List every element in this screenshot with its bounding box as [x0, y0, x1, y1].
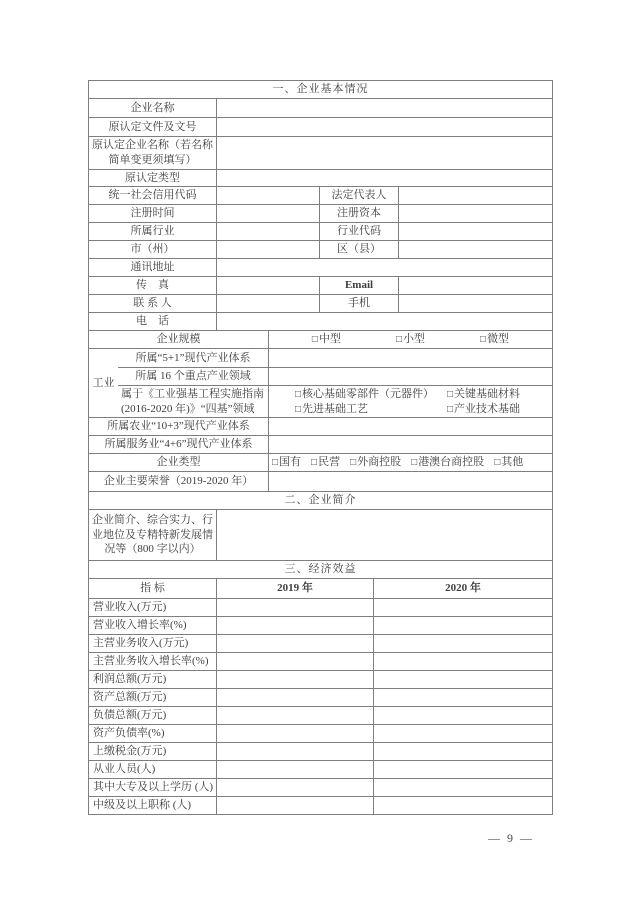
- scale-options: □中型 □小型 □微型: [268, 331, 552, 348]
- checkbox-icon: □: [494, 456, 500, 470]
- indicator-2020-cell[interactable]: [373, 689, 552, 706]
- city-district-row: 市（州） 区（县）: [89, 240, 552, 258]
- credit-code-input[interactable]: [216, 187, 319, 204]
- indicator-2020-cell[interactable]: [373, 761, 552, 778]
- 4basics-label: 属于《工业强基工程实施指南 (2016-2020 年)》“四基”领域: [118, 386, 268, 418]
- contact-input[interactable]: [216, 295, 319, 312]
- sub-row-4basics: 属于《工业强基工程实施指南 (2016-2020 年)》“四基”领域 □核心基础…: [118, 385, 552, 418]
- checkbox-label: 外商控股: [357, 455, 401, 470]
- indicator-row: 上缴税金(万元): [89, 742, 552, 760]
- checkbox-option-other[interactable]: □其他: [494, 455, 523, 470]
- scale-label: 企业规模: [89, 331, 268, 348]
- industry-input[interactable]: [216, 223, 319, 240]
- indicator-2020-cell[interactable]: [373, 617, 552, 634]
- checkbox-icon: □: [350, 456, 356, 470]
- indicator-row: 中级及以上职称 (人): [89, 796, 552, 814]
- checkbox-option-core-components[interactable]: □核心基础零部件（元器件）: [295, 387, 447, 402]
- checkbox-label: 产业技术基础: [454, 402, 520, 417]
- indicator-label: 资产负债率(%): [89, 725, 216, 742]
- service-row: 所属服务业“4+6”现代产业体系: [89, 435, 552, 453]
- industry-block-row: 工业 所属“5+1”现代产业体系 所属 16 个重点产业领域 属于《工业强基工程…: [89, 348, 552, 417]
- sub-row-16key: 所属 16 个重点产业领域: [118, 367, 552, 385]
- original-doc-row: 原认定文件及文号: [89, 117, 552, 136]
- 5plus1-input[interactable]: [268, 349, 552, 367]
- checkbox-icon: □: [295, 403, 301, 417]
- enterprise-type-options: □国有 □民营 □外商控股 □港澳台商控股 □其他: [268, 454, 552, 471]
- phone-input[interactable]: [216, 313, 552, 330]
- original-type-label: 原认定类型: [89, 170, 216, 186]
- checkbox-icon: □: [311, 456, 317, 470]
- credit-code-label: 统一社会信用代码: [89, 187, 216, 204]
- indicator-row: 主营业务收入(万元): [89, 634, 552, 652]
- sub-row-5plus1: 所属“5+1”现代产业体系: [118, 349, 552, 367]
- legal-rep-label: 法定代表人: [319, 187, 398, 204]
- page-number: — 9 —: [488, 831, 534, 846]
- address-label: 通讯地址: [89, 259, 216, 276]
- checkbox-option-foreign-holding[interactable]: □外商控股: [350, 455, 401, 470]
- section1-title: 一、企业基本情况: [89, 81, 552, 98]
- mobile-label: 手机: [319, 295, 398, 312]
- checkbox-label: 先进基础工艺: [302, 402, 368, 417]
- indicator-label: 从业人员(人): [89, 761, 216, 778]
- address-row: 通讯地址: [89, 258, 552, 276]
- reg-capital-label: 注册资本: [319, 205, 398, 222]
- original-doc-label: 原认定文件及文号: [89, 118, 216, 136]
- phone-row: 电 话: [89, 312, 552, 330]
- indicator-2019-cell[interactable]: [216, 761, 373, 778]
- email-label: Email: [319, 277, 398, 294]
- indicator-row: 营业收入(万元): [89, 598, 552, 616]
- indicator-2020-cell[interactable]: [373, 779, 552, 796]
- indicator-row: 其中大专及以上学历 (人): [89, 778, 552, 796]
- reg-capital-input[interactable]: [398, 205, 552, 222]
- service-input[interactable]: [268, 436, 552, 453]
- indicator-2019-cell[interactable]: [216, 725, 373, 742]
- phone-label: 电 话: [89, 313, 216, 330]
- checkbox-label: 其他: [501, 455, 523, 470]
- year-2019-header: 2019 年: [216, 579, 373, 598]
- indicator-2019-cell[interactable]: [216, 689, 373, 706]
- enterprise-type-label: 企业类型: [89, 454, 268, 471]
- 5plus1-label: 所属“5+1”现代产业体系: [118, 349, 268, 367]
- contact-label: 联 系 人: [89, 295, 216, 312]
- year-2020-header: 2020 年: [373, 579, 552, 598]
- enterprise-form-table: 一、企业基本情况 企业名称 原认定文件及文号 原认定企业名称（若名称简单变更须填…: [88, 80, 553, 815]
- reg-time-label: 注册时间: [89, 205, 216, 222]
- checkbox-label: 小型: [403, 332, 425, 347]
- indicator-2019-cell[interactable]: [216, 797, 373, 814]
- service-label: 所属服务业“4+6”现代产业体系: [89, 436, 268, 453]
- indicator-2019-cell[interactable]: [216, 743, 373, 760]
- legal-rep-input[interactable]: [398, 187, 552, 204]
- agriculture-input[interactable]: [268, 418, 552, 435]
- indicator-2020-cell[interactable]: [373, 671, 552, 688]
- checkbox-option-micro[interactable]: □微型: [480, 332, 509, 347]
- contact-mobile-row: 联 系 人 手机: [89, 294, 552, 312]
- checkbox-option-private[interactable]: □民营: [311, 455, 340, 470]
- 4basics-label-line1: 属于《工业强基工程实施指南: [121, 387, 264, 402]
- indicator-2019-cell[interactable]: [216, 707, 373, 724]
- indicator-header: 指 标: [89, 579, 216, 598]
- indicator-row: 资产总额(万元): [89, 688, 552, 706]
- checkbox-option-key-materials[interactable]: □关键基础材料: [447, 387, 520, 402]
- indicator-2020-cell[interactable]: [373, 797, 552, 814]
- city-label: 市（州）: [89, 241, 216, 258]
- profile-label: 企业简介、综合实力、行业地位及专精特新发展情况等（800 字以内）: [89, 510, 216, 560]
- honors-row: 企业主要荣誉（2019-2020 年）: [89, 471, 552, 491]
- section2-title-row: 二、企业简介: [89, 491, 552, 509]
- indicator-2019-cell[interactable]: [216, 653, 373, 670]
- checkbox-icon: □: [396, 333, 402, 347]
- indicator-2019-cell[interactable]: [216, 779, 373, 796]
- indicator-label: 主营业务收入增长率(%): [89, 653, 216, 670]
- honors-input[interactable]: [268, 472, 552, 491]
- indicator-2020-cell[interactable]: [373, 635, 552, 652]
- indicator-row: 从业人员(人): [89, 760, 552, 778]
- 4basics-label-line2: (2016-2020 年)》“四基”领域: [121, 402, 255, 417]
- indicator-label: 营业收入增长率(%): [89, 617, 216, 634]
- indicator-2020-cell[interactable]: [373, 599, 552, 616]
- industry-label: 所属行业: [89, 223, 216, 240]
- checkbox-option-medium[interactable]: □中型: [312, 332, 341, 347]
- indicator-label: 主营业务收入(万元): [89, 635, 216, 652]
- checkbox-label: 微型: [487, 332, 509, 347]
- checkbox-icon: □: [411, 456, 417, 470]
- indicator-row: 营业收入增长率(%): [89, 616, 552, 634]
- indicator-2019-cell[interactable]: [216, 599, 373, 616]
- indicator-2019-cell[interactable]: [216, 635, 373, 652]
- district-input[interactable]: [398, 241, 552, 258]
- original-doc-input[interactable]: [216, 118, 552, 136]
- indicator-2020-cell[interactable]: [373, 653, 552, 670]
- checkbox-icon: □: [480, 333, 486, 347]
- section3-title-row: 三、经济效益: [89, 560, 552, 578]
- section3-title: 三、经济效益: [89, 561, 552, 578]
- enterprise-type-row: 企业类型 □国有 □民营 □外商控股 □港澳台商控股 □其他: [89, 453, 552, 471]
- indicator-label: 利润总额(万元): [89, 671, 216, 688]
- original-name-label: 原认定企业名称（若名称简单变更须填写）: [89, 137, 216, 169]
- checkbox-icon: □: [447, 403, 453, 417]
- indicator-label: 中级及以上职称 (人): [89, 797, 216, 814]
- registration-row: 注册时间 注册资本: [89, 204, 552, 222]
- enterprise-name-label: 企业名称: [89, 99, 216, 117]
- economics-header-row: 指 标 2019 年 2020 年: [89, 578, 552, 598]
- agriculture-row: 所属农业“10+3”现代产业体系: [89, 417, 552, 435]
- checkbox-label: 关键基础材料: [454, 387, 520, 402]
- fax-email-row: 传 真 Email: [89, 276, 552, 294]
- indicator-label: 资产总额(万元): [89, 689, 216, 706]
- indicator-label: 其中大专及以上学历 (人): [89, 779, 216, 796]
- indicator-row: 利润总额(万元): [89, 670, 552, 688]
- agriculture-label: 所属农业“10+3”现代产业体系: [89, 418, 268, 435]
- checkbox-icon: □: [447, 388, 453, 402]
- section1-title-row: 一、企业基本情况: [89, 81, 552, 98]
- credit-code-row: 统一社会信用代码 法定代表人: [89, 186, 552, 204]
- indicator-2020-cell[interactable]: [373, 725, 552, 742]
- indicator-row: 资产负债率(%): [89, 724, 552, 742]
- checkbox-option-hmt-holding[interactable]: □港澳台商控股: [411, 455, 484, 470]
- enterprise-name-row: 企业名称: [89, 98, 552, 117]
- indicator-2019-cell[interactable]: [216, 617, 373, 634]
- profile-input[interactable]: [216, 510, 552, 560]
- profile-row: 企业简介、综合实力、行业地位及专精特新发展情况等（800 字以内）: [89, 509, 552, 560]
- checkbox-label: 民营: [318, 455, 340, 470]
- mobile-input[interactable]: [398, 295, 552, 312]
- industry-code-input[interactable]: [398, 223, 552, 240]
- indicator-row: 负债总额(万元): [89, 706, 552, 724]
- reg-time-input[interactable]: [216, 205, 319, 222]
- section2-title: 二、企业简介: [89, 492, 552, 509]
- district-label: 区（县）: [319, 241, 398, 258]
- checkbox-icon: □: [272, 456, 278, 470]
- checkbox-label: 港澳台商控股: [418, 455, 484, 470]
- checkbox-label: 国有: [279, 455, 301, 470]
- original-name-row: 原认定企业名称（若名称简单变更须填写）: [89, 136, 552, 169]
- 16key-input[interactable]: [268, 368, 552, 385]
- checkbox-option-state-owned[interactable]: □国有: [272, 455, 301, 470]
- original-type-row: 原认定类型: [89, 169, 552, 186]
- industry-group-label: 工业: [89, 349, 118, 417]
- indicator-label: 上缴税金(万元): [89, 743, 216, 760]
- 16key-label: 所属 16 个重点产业领域: [118, 368, 268, 385]
- scale-row: 企业规模 □中型 □小型 □微型: [89, 330, 552, 348]
- checkbox-label: 核心基础零部件（元器件）: [302, 387, 434, 402]
- industry-sub-rows: 所属“5+1”现代产业体系 所属 16 个重点产业领域 属于《工业强基工程实施指…: [118, 349, 552, 417]
- original-name-input[interactable]: [216, 137, 552, 169]
- honors-label: 企业主要荣誉（2019-2020 年）: [89, 472, 268, 491]
- indicator-2019-cell[interactable]: [216, 671, 373, 688]
- checkbox-label: 中型: [319, 332, 341, 347]
- checkbox-icon: □: [312, 333, 318, 347]
- indicator-label: 负债总额(万元): [89, 707, 216, 724]
- checkbox-option-advanced-process[interactable]: □先进基础工艺: [295, 402, 447, 417]
- enterprise-name-input[interactable]: [216, 99, 552, 117]
- checkbox-option-industrial-tech-base[interactable]: □产业技术基础: [447, 402, 520, 417]
- checkbox-option-small[interactable]: □小型: [396, 332, 425, 347]
- fax-label: 传 真: [89, 277, 216, 294]
- indicator-label: 营业收入(万元): [89, 599, 216, 616]
- industry-row: 所属行业 行业代码: [89, 222, 552, 240]
- email-input[interactable]: [398, 277, 552, 294]
- checkbox-icon: □: [295, 388, 301, 402]
- address-input[interactable]: [216, 259, 552, 276]
- original-type-input[interactable]: [216, 170, 552, 186]
- indicator-2020-cell[interactable]: [373, 707, 552, 724]
- indicator-row: 主营业务收入增长率(%): [89, 652, 552, 670]
- fax-input[interactable]: [216, 277, 319, 294]
- indicator-2020-cell[interactable]: [373, 743, 552, 760]
- industry-code-label: 行业代码: [319, 223, 398, 240]
- city-input[interactable]: [216, 241, 319, 258]
- 4basics-options: □核心基础零部件（元器件） □关键基础材料 □先进基础工艺 □产业技术基础: [268, 386, 552, 418]
